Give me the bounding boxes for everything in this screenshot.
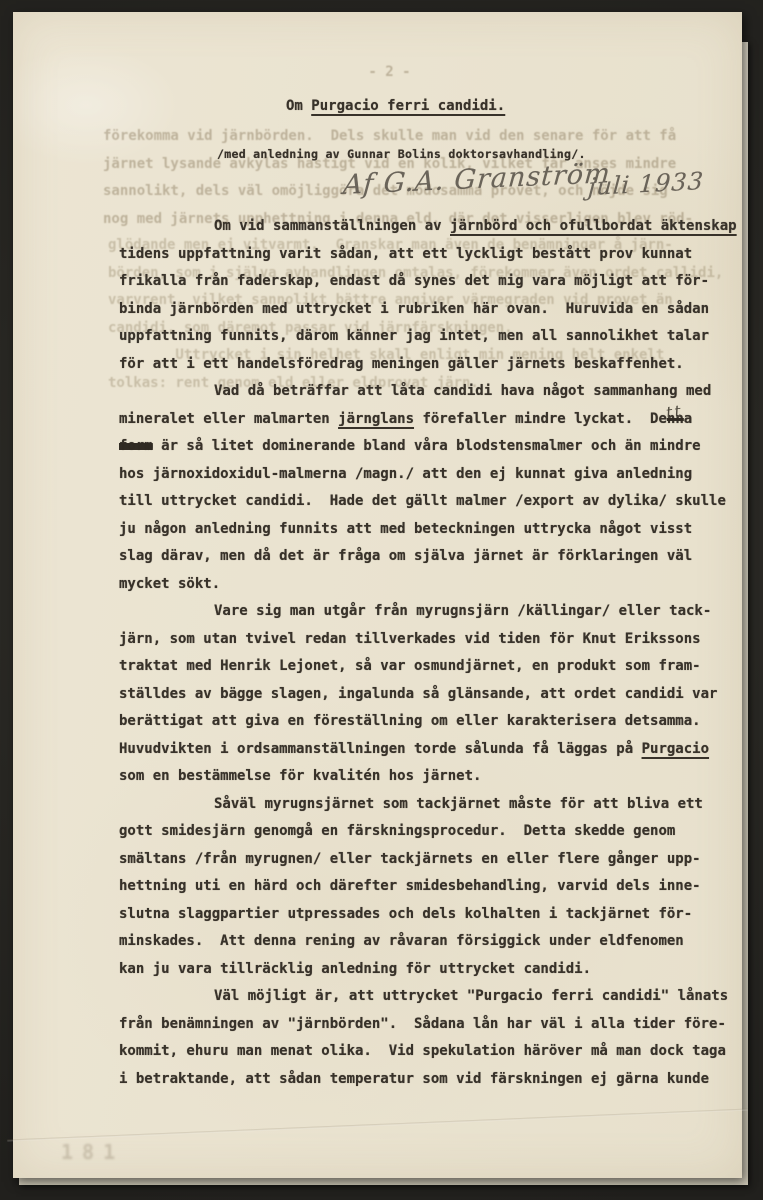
- bleed-through-page-number: - 2 -: [25, 64, 754, 80]
- body-line: i betraktande, att sådan temperatur som …: [119, 1066, 751, 1094]
- body-line: ju någon anledning funnits att med betec…: [119, 516, 751, 544]
- body-line: berättigat att giva en föreställning om …: [119, 708, 751, 736]
- body-line: Såväl myrugnsjärnet som tackjärnet måste…: [119, 791, 751, 819]
- body-line: Om vid sammanställningen av järnbörd och…: [119, 213, 751, 241]
- body-line: hettning uti en härd och därefter smides…: [119, 873, 751, 901]
- body-line: gott smidesjärn genomgå en färskningspro…: [119, 818, 751, 846]
- body-line: hos järnoxidoxidul-malmerna /magn./ att …: [119, 461, 751, 489]
- body-line: järn, som utan tvivel redan tillverkades…: [119, 626, 751, 654]
- body-line: tidens uppfattning varit sådan, att ett …: [119, 241, 751, 269]
- body-line: Vare sig man utgår från myrugnsjärn /käl…: [119, 598, 751, 626]
- body-line: frikalla från faderskap, endast då synes…: [119, 268, 751, 296]
- body-line: som en bestämmelse för kvalitén hos järn…: [119, 763, 751, 791]
- faint-bottom-marking: 181: [61, 1140, 124, 1164]
- body-line: kan ju vara tillräcklig anledning för ut…: [119, 956, 751, 984]
- body-line: till uttrycket candidi. Hade det gällt m…: [119, 488, 751, 516]
- document-body: Om vid sammanställningen av järnbörd och…: [119, 213, 751, 1093]
- handwritten-correction: tt: [664, 396, 685, 426]
- body-line: traktat med Henrik Lejonet, så var osmun…: [119, 653, 751, 681]
- body-line: binda järnbörden med uttrycket i rubrike…: [119, 296, 751, 324]
- body-line: ställdes av bägge slagen, ingalunda så g…: [119, 681, 751, 709]
- document-subtitle: /med anledning av Gunnar Bolins doktorsa…: [217, 147, 586, 161]
- document-page: - 2 - förekomma vid järnbörden. Dels sku…: [13, 12, 742, 1178]
- title-main-underlined: Purgacio ferri candidi.: [311, 98, 505, 114]
- body-line: Vad då beträffar att låta candidi hava n…: [119, 378, 751, 406]
- body-line: minskades. Att denna rening av råvaran f…: [119, 928, 751, 956]
- body-line: för att i ett handelsföredrag meningen g…: [119, 351, 751, 379]
- body-line: Väl möjligt är, att uttrycket "Purgacio …: [119, 983, 751, 1011]
- body-line: smältans /från myrugnen/ eller tackjärne…: [119, 846, 751, 874]
- body-line: från benämningen av "järnbörden". Sådana…: [119, 1011, 751, 1039]
- document-title: Om Purgacio ferri candidi.: [286, 98, 505, 114]
- body-line: form är så litet dominerande bland våra …: [119, 433, 751, 461]
- body-line: slag därav, men då det är fråga om själv…: [119, 543, 751, 571]
- title-prefix: Om: [286, 98, 311, 114]
- photo-backdrop: - 2 - förekomma vid järnbörden. Dels sku…: [0, 0, 763, 1200]
- body-line: uppfattning funnits, därom känner jag in…: [119, 323, 751, 351]
- body-line: mineralet eller malmarten järnglans före…: [119, 406, 751, 434]
- body-line: slutna slaggpartier utpressades och dels…: [119, 901, 751, 929]
- body-line: mycket sökt.: [119, 571, 751, 599]
- paper-crease: [7, 1108, 747, 1141]
- body-line: Huvudvikten i ordsammanställningen torde…: [119, 736, 751, 764]
- body-line: kommit, ehuru man menat olika. Vid speku…: [119, 1038, 751, 1066]
